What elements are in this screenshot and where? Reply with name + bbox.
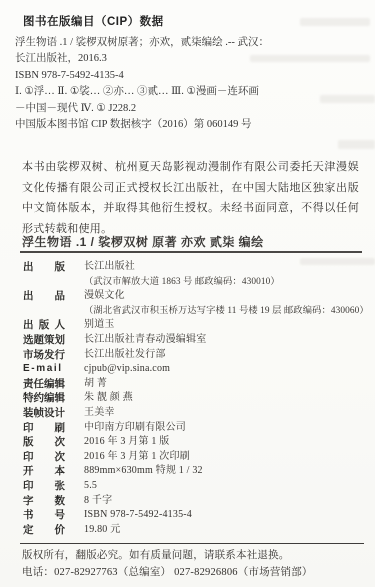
- book-title-line: 浮生物语 .1 / 裟椤双树 原著 亦欢 贰柒 编绘: [22, 233, 264, 250]
- authorization-paragraph: 本书由裟椤双树、杭州夏天岛影视动漫制作有限公司委托天津漫娱文化传播有限公司正式授…: [22, 157, 359, 239]
- colophon-table: 出版 长江出版社 （武汉市解放大道 1863 号 邮政编码：430010） 出品…: [23, 260, 363, 537]
- colophon-row: 市场发行 长江出版社发行部: [23, 348, 363, 363]
- row-label: 印张: [23, 479, 65, 494]
- colophon-row: 出品 漫娱文化: [23, 289, 363, 304]
- colophon-row: 定价 19.80 元: [23, 523, 363, 538]
- footer-block: 版权所有，翻版必究。如有质量问题，请联系本社退换。 电话：027-8292776…: [22, 548, 313, 581]
- colophon-row: E-mail cjpub@vip.sina.com: [23, 362, 363, 377]
- colophon-row: 出版 长江出版社: [23, 260, 363, 275]
- row-value: 中印南方印刷有限公司: [84, 421, 186, 436]
- row-label: 字数: [23, 494, 65, 509]
- row-value: 长江出版社青春动漫编辑室: [84, 333, 206, 348]
- copyright-page: 图书在版编目（CIP）数据 浮生物语 .1 / 裟椤双树原著；亦欢，贰柒编绘 .…: [0, 0, 375, 587]
- row-label: 书号: [23, 508, 65, 523]
- row-label: 装帧设计: [23, 406, 65, 421]
- row-value: 长江出版社发行部: [84, 348, 166, 363]
- colophon-row: 印张 5.5: [23, 479, 363, 494]
- row-label: 印刷: [23, 421, 65, 436]
- row-label: 出版: [23, 260, 65, 275]
- row-value: ISBN 978-7-5492-4135-4: [84, 508, 192, 523]
- row-note: （武汉市解放大道 1863 号 邮政编码：430010）: [84, 275, 363, 290]
- row-label: E-mail: [23, 362, 65, 377]
- row-note: （湖北省武汉市积玉桥万达写字楼 11 号楼 19 层 邮政编码：430060）: [84, 304, 363, 319]
- cip-block: 浮生物语 .1 / 裟椤双树原著；亦欢，贰柒编绘 .-- 武汉： 长江出版社，2…: [15, 35, 375, 133]
- colophon-row: 印刷 中印南方印刷有限公司: [23, 421, 363, 436]
- row-value: 5.5: [84, 479, 97, 494]
- row-label: 开本: [23, 464, 65, 479]
- row-value: 漫娱文化: [84, 289, 125, 304]
- footer-divider: [20, 543, 364, 544]
- row-value: 19.80 元: [84, 523, 120, 538]
- row-label: 版次: [23, 435, 65, 450]
- row-label: 出品: [23, 289, 65, 304]
- row-value: 胡 菁: [84, 377, 107, 392]
- scan-artifact: [300, 18, 370, 26]
- cip-line: 中国版本图书馆 CIP 数据核字（2016）第 060149 号: [15, 117, 375, 133]
- row-value: 2016 年 3 月第 1 次印刷: [84, 450, 190, 465]
- colophon-row: 字数 8 千字: [23, 494, 363, 509]
- cip-line: ISBN 978-7-5492-4135-4: [15, 68, 375, 84]
- row-label: 选题策划: [23, 333, 65, 348]
- row-value: 长江出版社: [84, 260, 135, 275]
- cip-line: －中国－现代 Ⅳ. ① J228.2: [15, 101, 375, 117]
- row-value: 别道玉: [84, 318, 115, 333]
- colophon-row: 印次 2016 年 3 月第 1 次印刷: [23, 450, 363, 465]
- scan-artifact: [338, 140, 375, 149]
- colophon-row: 特约编辑 朱 靓 颜 燕: [23, 391, 363, 406]
- row-value: 王美幸: [84, 406, 115, 421]
- row-label: 定价: [23, 523, 65, 538]
- phone-line: 电话：027-82927763（总编室） 027-82926806（市场营销部）: [22, 565, 313, 582]
- scan-artifact: [250, 55, 370, 62]
- colophon-row: 书号 ISBN 978-7-5492-4135-4: [23, 508, 363, 523]
- colophon-row: 装帧设计 王美幸: [23, 406, 363, 421]
- copyright-notice: 版权所有，翻版必究。如有质量问题，请联系本社退换。: [22, 548, 313, 565]
- colophon-row: 出版人 别道玉: [23, 318, 363, 333]
- row-value: 889mm×630mm 特规 1 / 32: [84, 464, 203, 479]
- colophon-row: 开本 889mm×630mm 特规 1 / 32: [23, 464, 363, 479]
- colophon-row: 版次 2016 年 3 月第 1 版: [23, 435, 363, 450]
- row-label: 特约编辑: [23, 391, 65, 406]
- colophon-row: 选题策划 长江出版社青春动漫编辑室: [23, 333, 363, 348]
- colophon-row: 责任编辑 胡 菁: [23, 377, 363, 392]
- cip-line: 浮生物语 .1 / 裟椤双树原著；亦欢，贰柒编绘 .-- 武汉：: [15, 35, 375, 51]
- row-label: 责任编辑: [23, 377, 65, 392]
- row-value: 朱 靓 颜 燕: [84, 391, 133, 406]
- row-value: 8 千字: [84, 494, 112, 509]
- row-label: 印次: [23, 450, 65, 465]
- row-label: 市场发行: [23, 348, 65, 363]
- row-label: 出版人: [23, 318, 65, 333]
- row-value-email: cjpub@vip.sina.com: [84, 362, 170, 377]
- scan-artifact: [320, 95, 375, 103]
- row-value: 2016 年 3 月第 1 版: [84, 435, 170, 450]
- title-divider: [20, 251, 362, 253]
